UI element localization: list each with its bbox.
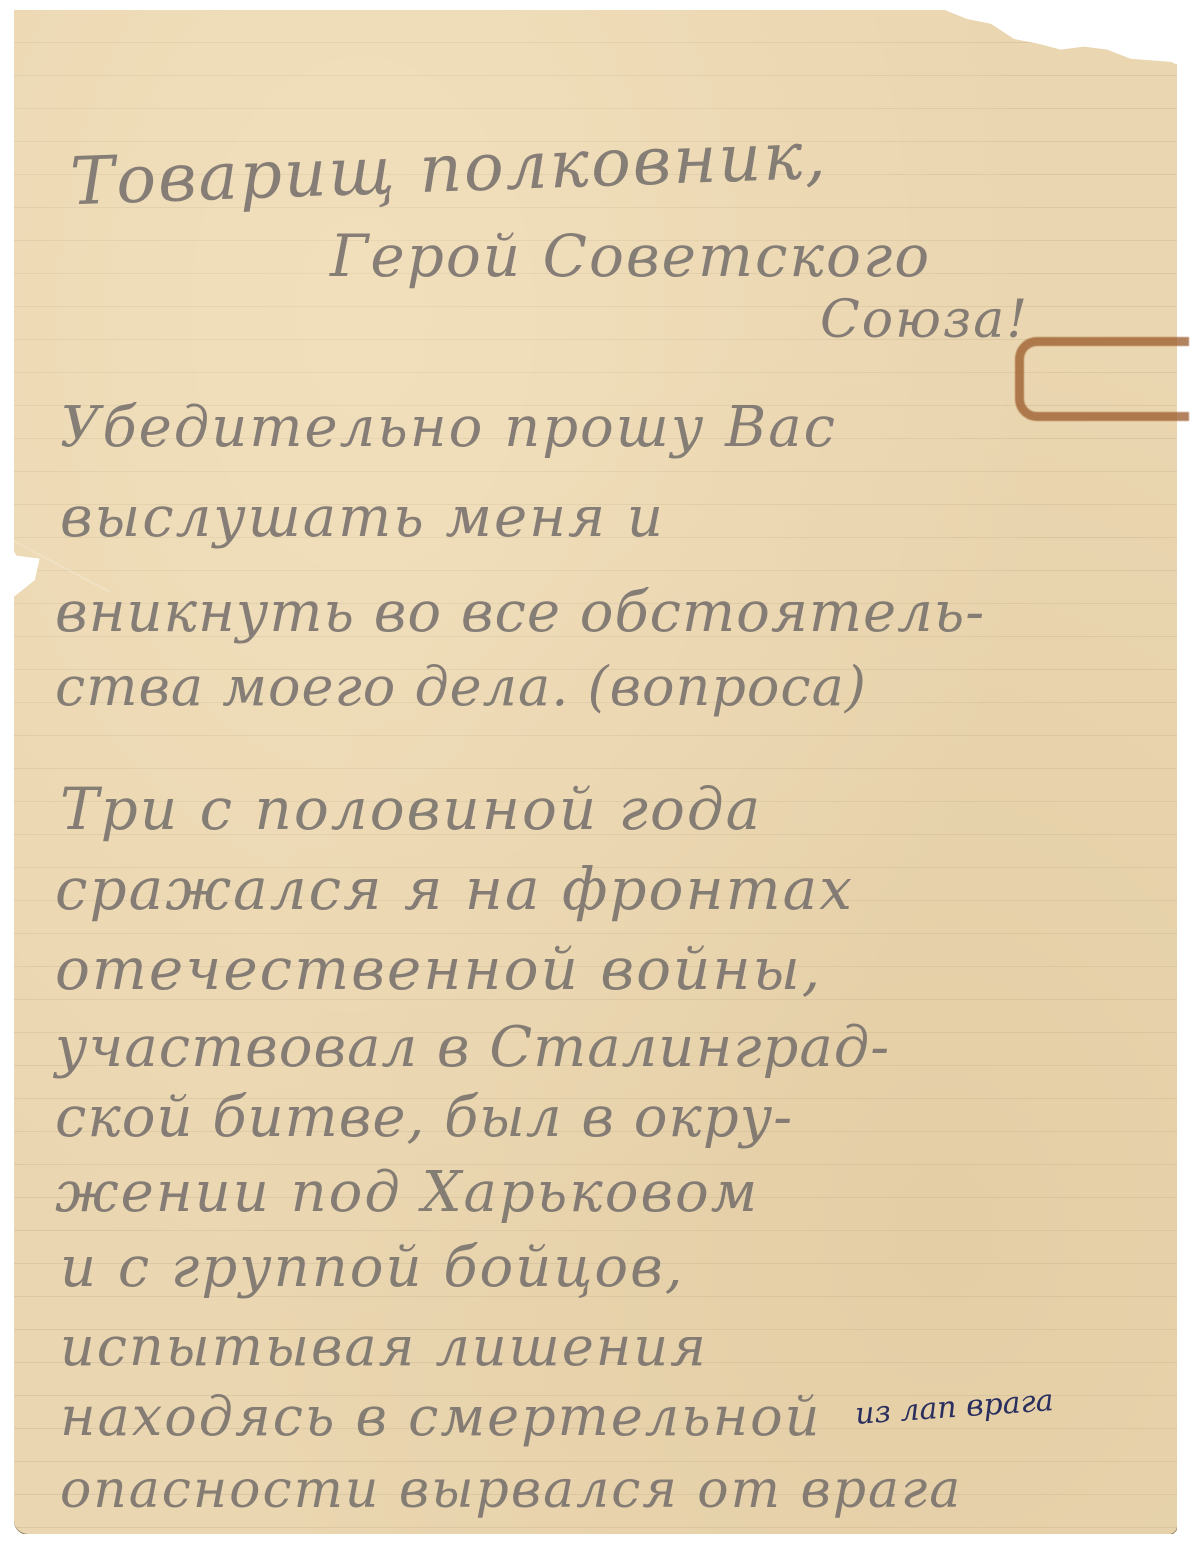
body-line: ской битве, был в окру- <box>55 1085 793 1150</box>
salutation-line-2: Герой Советского <box>330 222 931 290</box>
body-line: участвовал в Сталинград- <box>55 1015 890 1080</box>
body-line: находясь в смертельной <box>60 1385 821 1448</box>
salutation-line-3: Союза! <box>820 290 1029 350</box>
body-line: сражался я на фронтах <box>55 855 854 923</box>
body-line: ства моего дела. (вопроса) <box>55 655 867 718</box>
body-line: жении под Харьковом <box>55 1160 759 1225</box>
body-line: вникнуть во все обстоятель- <box>55 580 985 645</box>
body-line: Убедительно прошу Вас <box>60 395 837 460</box>
body-line: отечественной войны, <box>55 935 822 1003</box>
body-line: опасности вырвался от врага <box>60 1460 962 1520</box>
body-line: выслушать меня и <box>60 485 665 550</box>
rust-stain <box>1015 337 1189 421</box>
body-line: Три с половиной года <box>60 775 762 843</box>
body-line: и с группой бойцов, <box>60 1235 685 1300</box>
body-line: испытывая лишения <box>60 1315 708 1378</box>
